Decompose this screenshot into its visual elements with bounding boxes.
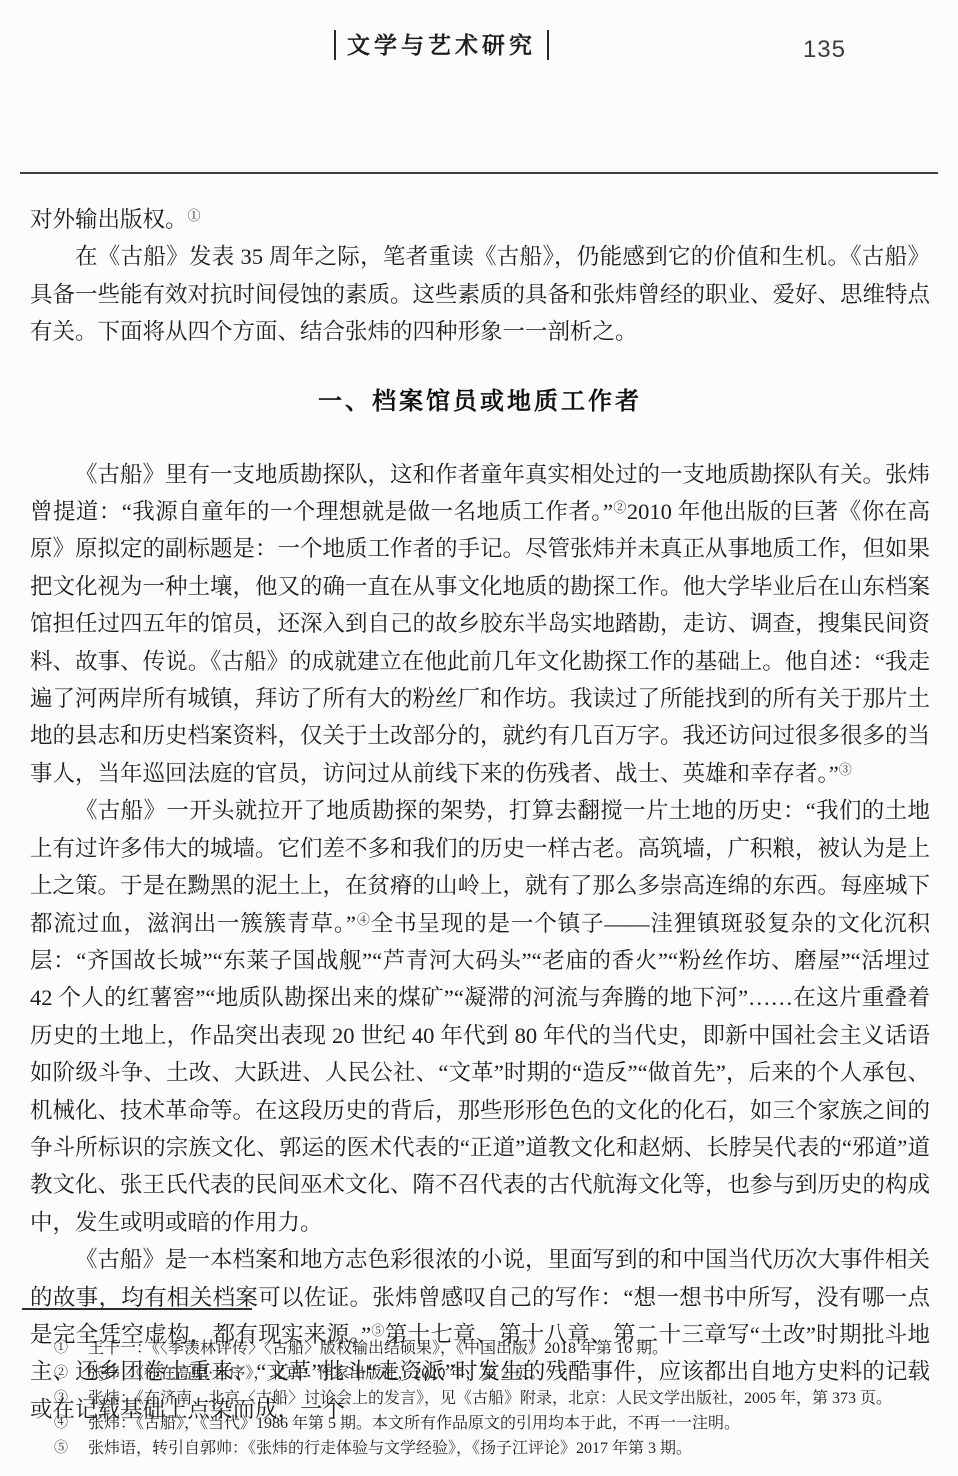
paragraph-town: 《古船》一开头就拉开了地质勘探的架势，打算去翻搅一片土地的历史：“我们的土地上有…: [30, 792, 930, 1241]
footnote-item: ⑤ 张炜语，转引自郭帅：《张炜的行走体验与文学经验》，《扬子江评论》2017 年…: [30, 1436, 938, 1461]
text-run: 全书呈现的是一个镇子——洼狸镇斑驳复杂的文化沉积层：“齐国故长城”“东莱子国战舰…: [30, 911, 930, 1235]
document-page: 文学与艺术研究 135 对外输出版权。① 在《古船》发表 35 周年之际，笔者重…: [0, 0, 958, 1476]
footnote-ref: ④: [356, 912, 371, 927]
footnote-text: 张炜：《你在高原·自序》，北京：作家出版社，2020 年，第 2 页。: [88, 1361, 938, 1386]
page-number: 135: [803, 36, 846, 64]
running-title: 文学与艺术研究: [334, 30, 549, 60]
header-rule: [20, 172, 938, 174]
footnote-item: ④ 张炜：《古船》，《当代》1986 年第 5 期。本文所有作品原文的引用均本于…: [30, 1411, 938, 1436]
footnote-marker: ④: [30, 1411, 88, 1436]
text-run: 对外输出版权。: [30, 207, 188, 232]
footnote-text: 王千一：《〈季羡林评传〉〈古船〉版权输出结硕果》，《中国出版》2018 年第 1…: [88, 1336, 938, 1361]
text-run: 2010 年他出版的巨著《你在高原》原拟定的副标题是：一个地质工作者的手记。尽管…: [30, 499, 930, 786]
footnotes-section: ① 王千一：《〈季羡林评传〉〈古船〉版权输出结硕果》，《中国出版》2018 年第…: [30, 1336, 938, 1461]
footnote-marker: ③: [30, 1386, 88, 1411]
footnote-text: 张炜：《在济南、北京〈古船〉讨论会上的发言》，见《古船》附录，北京：人民文学出版…: [88, 1386, 938, 1411]
footnote-marker: ⑤: [30, 1436, 88, 1461]
paragraph-geology: 《古船》里有一支地质勘探队，这和作者童年真实相处过的一支地质勘探队有关。张炜曾提…: [30, 456, 930, 793]
footnote-ref: ③: [839, 762, 852, 777]
footnote-text: 张炜语，转引自郭帅：《张炜的行走体验与文学经验》，《扬子江评论》2017 年第 …: [88, 1436, 938, 1461]
section-heading: 一、档案馆员或地质工作者: [30, 381, 930, 416]
footnote-marker: ②: [30, 1361, 88, 1386]
footnote-ref: ①: [188, 208, 201, 223]
footnote-marker: ①: [30, 1336, 88, 1361]
footnote-separator: [22, 1308, 252, 1310]
footnote-item: ① 王千一：《〈季羡林评传〉〈古船〉版权输出结硕果》，《中国出版》2018 年第…: [30, 1336, 938, 1361]
article-body: 对外输出版权。① 在《古船》发表 35 周年之际，笔者重读《古船》，仍能感到它的…: [30, 201, 930, 1428]
footnote-ref: ②: [613, 500, 627, 515]
paragraph-intro: 在《古船》发表 35 周年之际，笔者重读《古船》，仍能感到它的价值和生机。《古船…: [30, 238, 930, 350]
footnote-item: ③ 张炜：《在济南、北京〈古船〉讨论会上的发言》，见《古船》附录，北京：人民文学…: [30, 1386, 938, 1411]
text-run: 在《古船》发表 35 周年之际，笔者重读《古船》，仍能感到它的价值和生机。《古船…: [30, 244, 930, 344]
footnote-text: 张炜：《古船》，《当代》1986 年第 5 期。本文所有作品原文的引用均本于此，…: [88, 1411, 938, 1436]
footnote-item: ② 张炜：《你在高原·自序》，北京：作家出版社，2020 年，第 2 页。: [30, 1361, 938, 1386]
paragraph-continuation: 对外输出版权。①: [30, 201, 930, 238]
